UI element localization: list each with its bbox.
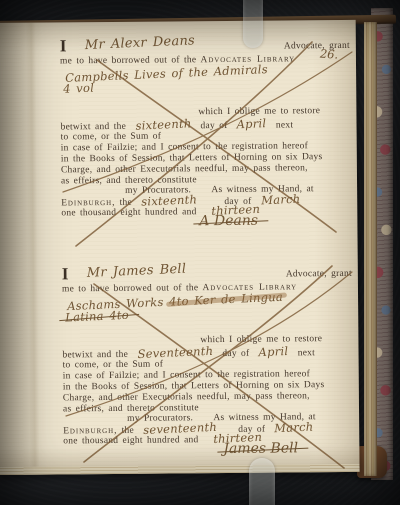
- signature: James Bell: [223, 440, 298, 457]
- oblige-line: which I oblige me to restore: [198, 105, 400, 119]
- entry-initial: I: [60, 40, 67, 51]
- entry-line-borrower: I Mr James Bell Advocate, grant: [60, 269, 358, 272]
- photo-backdrop: 26. I Mr Alexr Deans Advocate, grant me …: [0, 0, 400, 505]
- borrow-text: me to have borrowed out of the: [60, 55, 196, 66]
- day-of-label: day of: [200, 121, 227, 131]
- borrower-name: Mr James Bell: [87, 264, 187, 279]
- sum-text: to come, or the Sum of: [61, 132, 162, 143]
- borrow-text: me to have borrowed out of the: [62, 283, 198, 294]
- page-strap-bottom: [249, 458, 275, 505]
- signature: A Deans: [199, 213, 258, 230]
- year-line: one thousand eight hundred and thirteen: [63, 432, 361, 448]
- betwixt-label: betwixt and the: [62, 350, 128, 361]
- oblige-line: which I oblige me to restore: [200, 333, 400, 347]
- year-text: one thousand eight hundred and: [61, 207, 196, 218]
- page-fore-edge: [364, 22, 377, 476]
- next-label: next: [298, 348, 315, 358]
- grant-label: Advocate, grant: [286, 269, 352, 281]
- borrower-name: Mr Alexr Deans: [85, 35, 196, 51]
- year-text: one thousand eight hundred and: [63, 435, 198, 446]
- page-stack-edge: [0, 464, 360, 475]
- book-volume-text: Latina 4to: [65, 310, 129, 324]
- grant-label: Advocate, grant: [284, 41, 350, 53]
- day-of-label: day of: [222, 349, 249, 359]
- book-title-line2: Latina 4to: [60, 309, 358, 325]
- book-title-line2: 4 vol: [58, 81, 356, 97]
- oblige-text: which I oblige me to restore: [200, 334, 322, 345]
- return-month: April: [258, 346, 288, 358]
- betwixt-label: betwixt and the: [61, 122, 127, 133]
- book-title-line1: Campbells Lives of the Admirals: [60, 67, 358, 83]
- return-day: Seventeenth: [137, 346, 213, 360]
- entry-line-borrower: I Mr Alexr Deans Advocate, grant: [58, 41, 356, 44]
- sum-text: to come, or the Sum of: [63, 360, 164, 371]
- page-strap-top: [243, 0, 263, 48]
- book-volume-text: 4 vol: [63, 83, 94, 95]
- entry-initial: I: [62, 268, 69, 279]
- ledger-page: 26. I Mr Alexr Deans Advocate, grant me …: [0, 20, 360, 475]
- return-day: sixteenth: [135, 118, 191, 131]
- page-crease: [26, 23, 40, 475]
- borrow-entry-1: I Mr Alexr Deans Advocate, grant me to h…: [58, 41, 358, 236]
- next-label: next: [276, 120, 293, 130]
- return-month: April: [237, 118, 267, 130]
- borrow-entry-2: I Mr James Bell Advocate, grant me to ha…: [60, 269, 360, 464]
